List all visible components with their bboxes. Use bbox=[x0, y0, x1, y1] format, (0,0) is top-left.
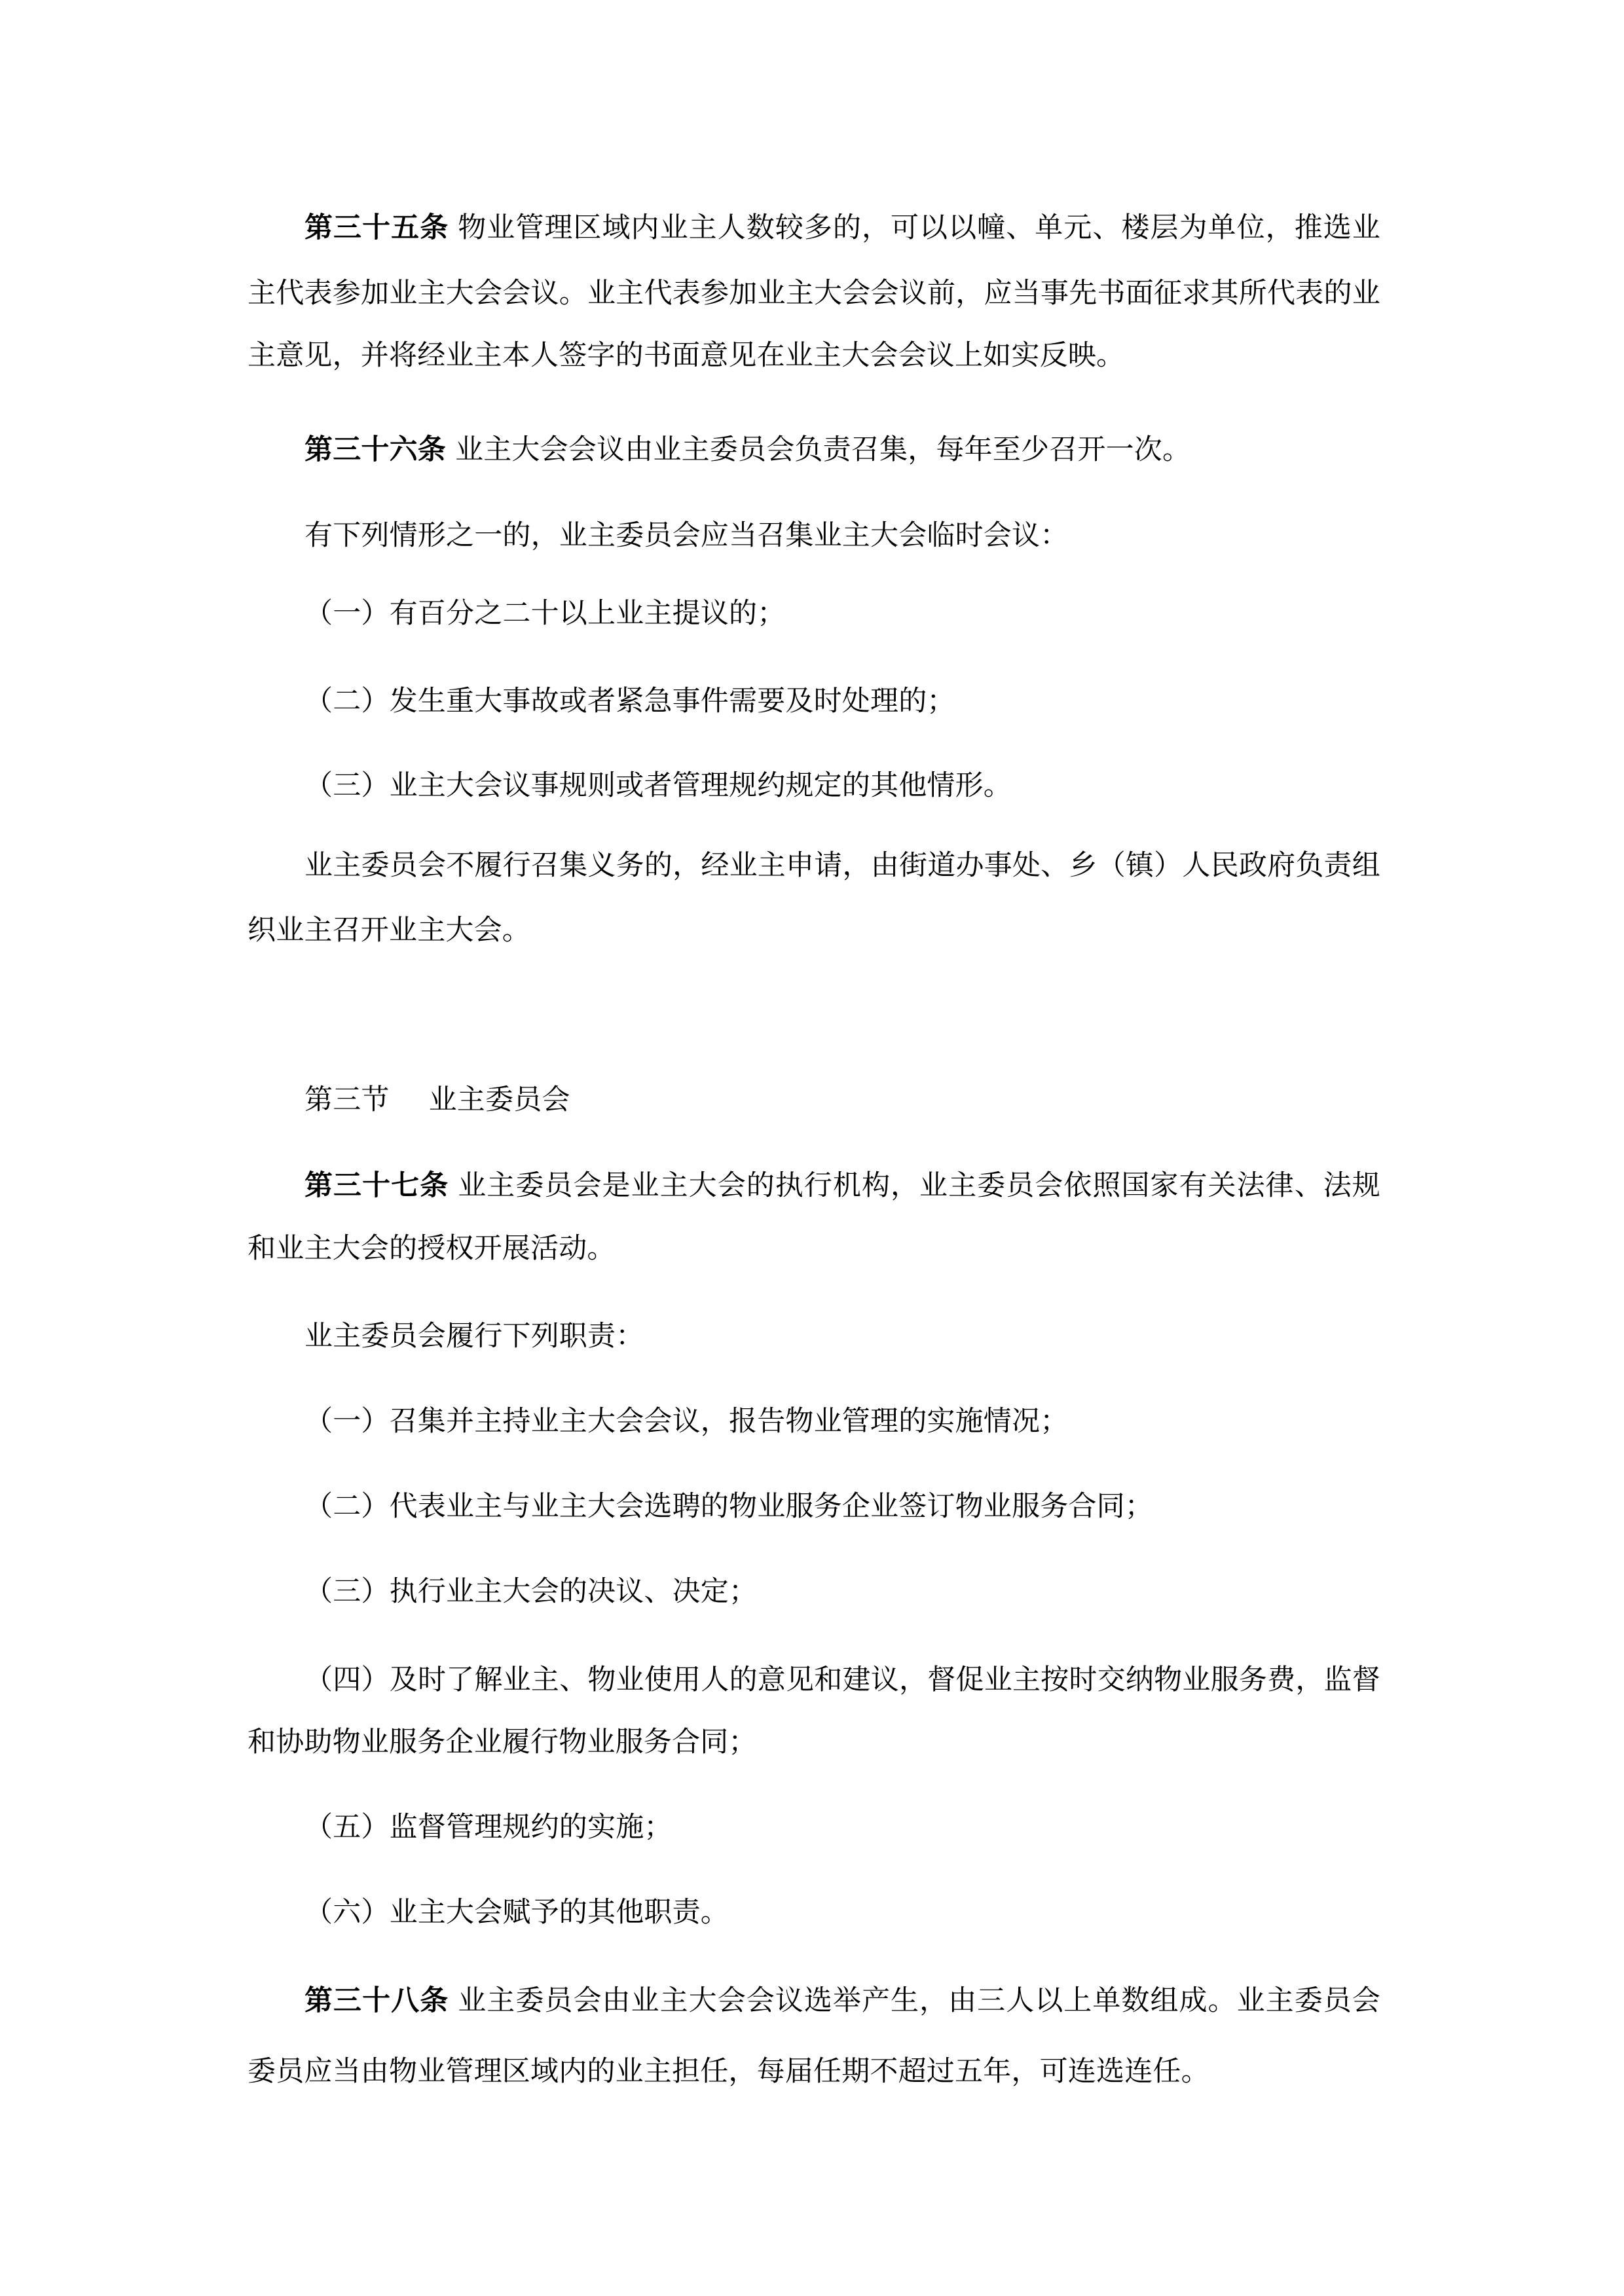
list-item: （一）召集并主持业主大会会议，报告物业管理的实施情况； bbox=[304, 1406, 1380, 1438]
article-35-line-3: 主意见，并将经业主本人签字的书面意见在业主大会会议上如实反映。 bbox=[248, 340, 1380, 373]
article-37-line-1: 第三十七条业主委员会是业主大会的执行机构，业主委员会依照国家有关法律、法规 bbox=[304, 1170, 1380, 1203]
article-35-line-2: 主代表参加业主大会会议。业主代表参加业主大会会议前，应当事先书面征求其所代表的业 bbox=[248, 278, 1380, 310]
article-37-line-2: 和业主大会的授权开展活动。 bbox=[248, 1233, 1380, 1266]
article-36-paragraph: 有下列情形之一的，业主委员会应当召集业主大会临时会议： bbox=[304, 520, 1380, 553]
list-item-continuation: 和协助物业服务企业履行物业服务合同； bbox=[248, 1726, 1380, 1759]
list-item: （三）执行业主大会的决议、决定； bbox=[304, 1576, 1380, 1609]
article-text: 物业管理区域内业主人数较多的，可以以幢、单元、楼层为单位，推选业 bbox=[458, 213, 1380, 244]
list-item: （五）监督管理规约的实施； bbox=[304, 1812, 1380, 1844]
article-35-line-1: 第三十五条物业管理区域内业主人数较多的，可以以幢、单元、楼层为单位，推选业 bbox=[304, 212, 1380, 245]
section-heading: 第三节业主委员会 bbox=[304, 1084, 1380, 1117]
article-36-closing-line-1: 业主委员会不履行召集义务的，经业主申请，由街道办事处、乡（镇）人民政府负责组 bbox=[304, 850, 1380, 883]
article-label: 第三十八条 bbox=[304, 1986, 449, 2016]
document-page: 第三十五条物业管理区域内业主人数较多的，可以以幢、单元、楼层为单位，推选业 主代… bbox=[0, 0, 1624, 2296]
article-label: 第三十五条 bbox=[304, 213, 449, 244]
list-item: （三）业主大会议事规则或者管理规约规定的其他情形。 bbox=[304, 770, 1380, 803]
section-number: 第三节 bbox=[304, 1085, 390, 1116]
article-text: 业主大会会议由业主委员会负责召集，每年至少召开一次。 bbox=[455, 435, 1190, 465]
list-item: （二）代表业主与业主大会选聘的物业服务企业签订物业服务合同； bbox=[304, 1491, 1380, 1523]
list-item: （六）业主大会赋予的其他职责。 bbox=[304, 1897, 1380, 1929]
article-label: 第三十七条 bbox=[304, 1171, 449, 1201]
article-38-line-2: 委员应当由物业管理区域内的业主担任，每届任期不超过五年，可连选连任。 bbox=[248, 2056, 1380, 2088]
list-item: （一）有百分之二十以上业主提议的； bbox=[304, 598, 1380, 630]
article-38-line-1: 第三十八条业主委员会由业主大会会议选举产生，由三人以上单数组成。业主委员会 bbox=[304, 1985, 1380, 2018]
list-item: （四）及时了解业主、物业使用人的意见和建议，督促业主按时交纳物业服务费，监督 bbox=[304, 1664, 1380, 1697]
article-36-line-1: 第三十六条业主大会会议由业主委员会负责召集，每年至少召开一次。 bbox=[304, 434, 1380, 467]
list-item: （二）发生重大事故或者紧急事件需要及时处理的； bbox=[304, 685, 1380, 718]
article-36-closing-line-2: 织业主召开业主大会。 bbox=[248, 915, 1380, 947]
article-label: 第三十六条 bbox=[304, 435, 446, 465]
article-text: 业主委员会是业主大会的执行机构，业主委员会依照国家有关法律、法规 bbox=[458, 1171, 1380, 1201]
article-text: 业主委员会由业主大会会议选举产生，由三人以上单数组成。业主委员会 bbox=[458, 1986, 1380, 2016]
section-title: 业主委员会 bbox=[429, 1085, 570, 1116]
article-37-paragraph: 业主委员会履行下列职责： bbox=[304, 1321, 1380, 1353]
